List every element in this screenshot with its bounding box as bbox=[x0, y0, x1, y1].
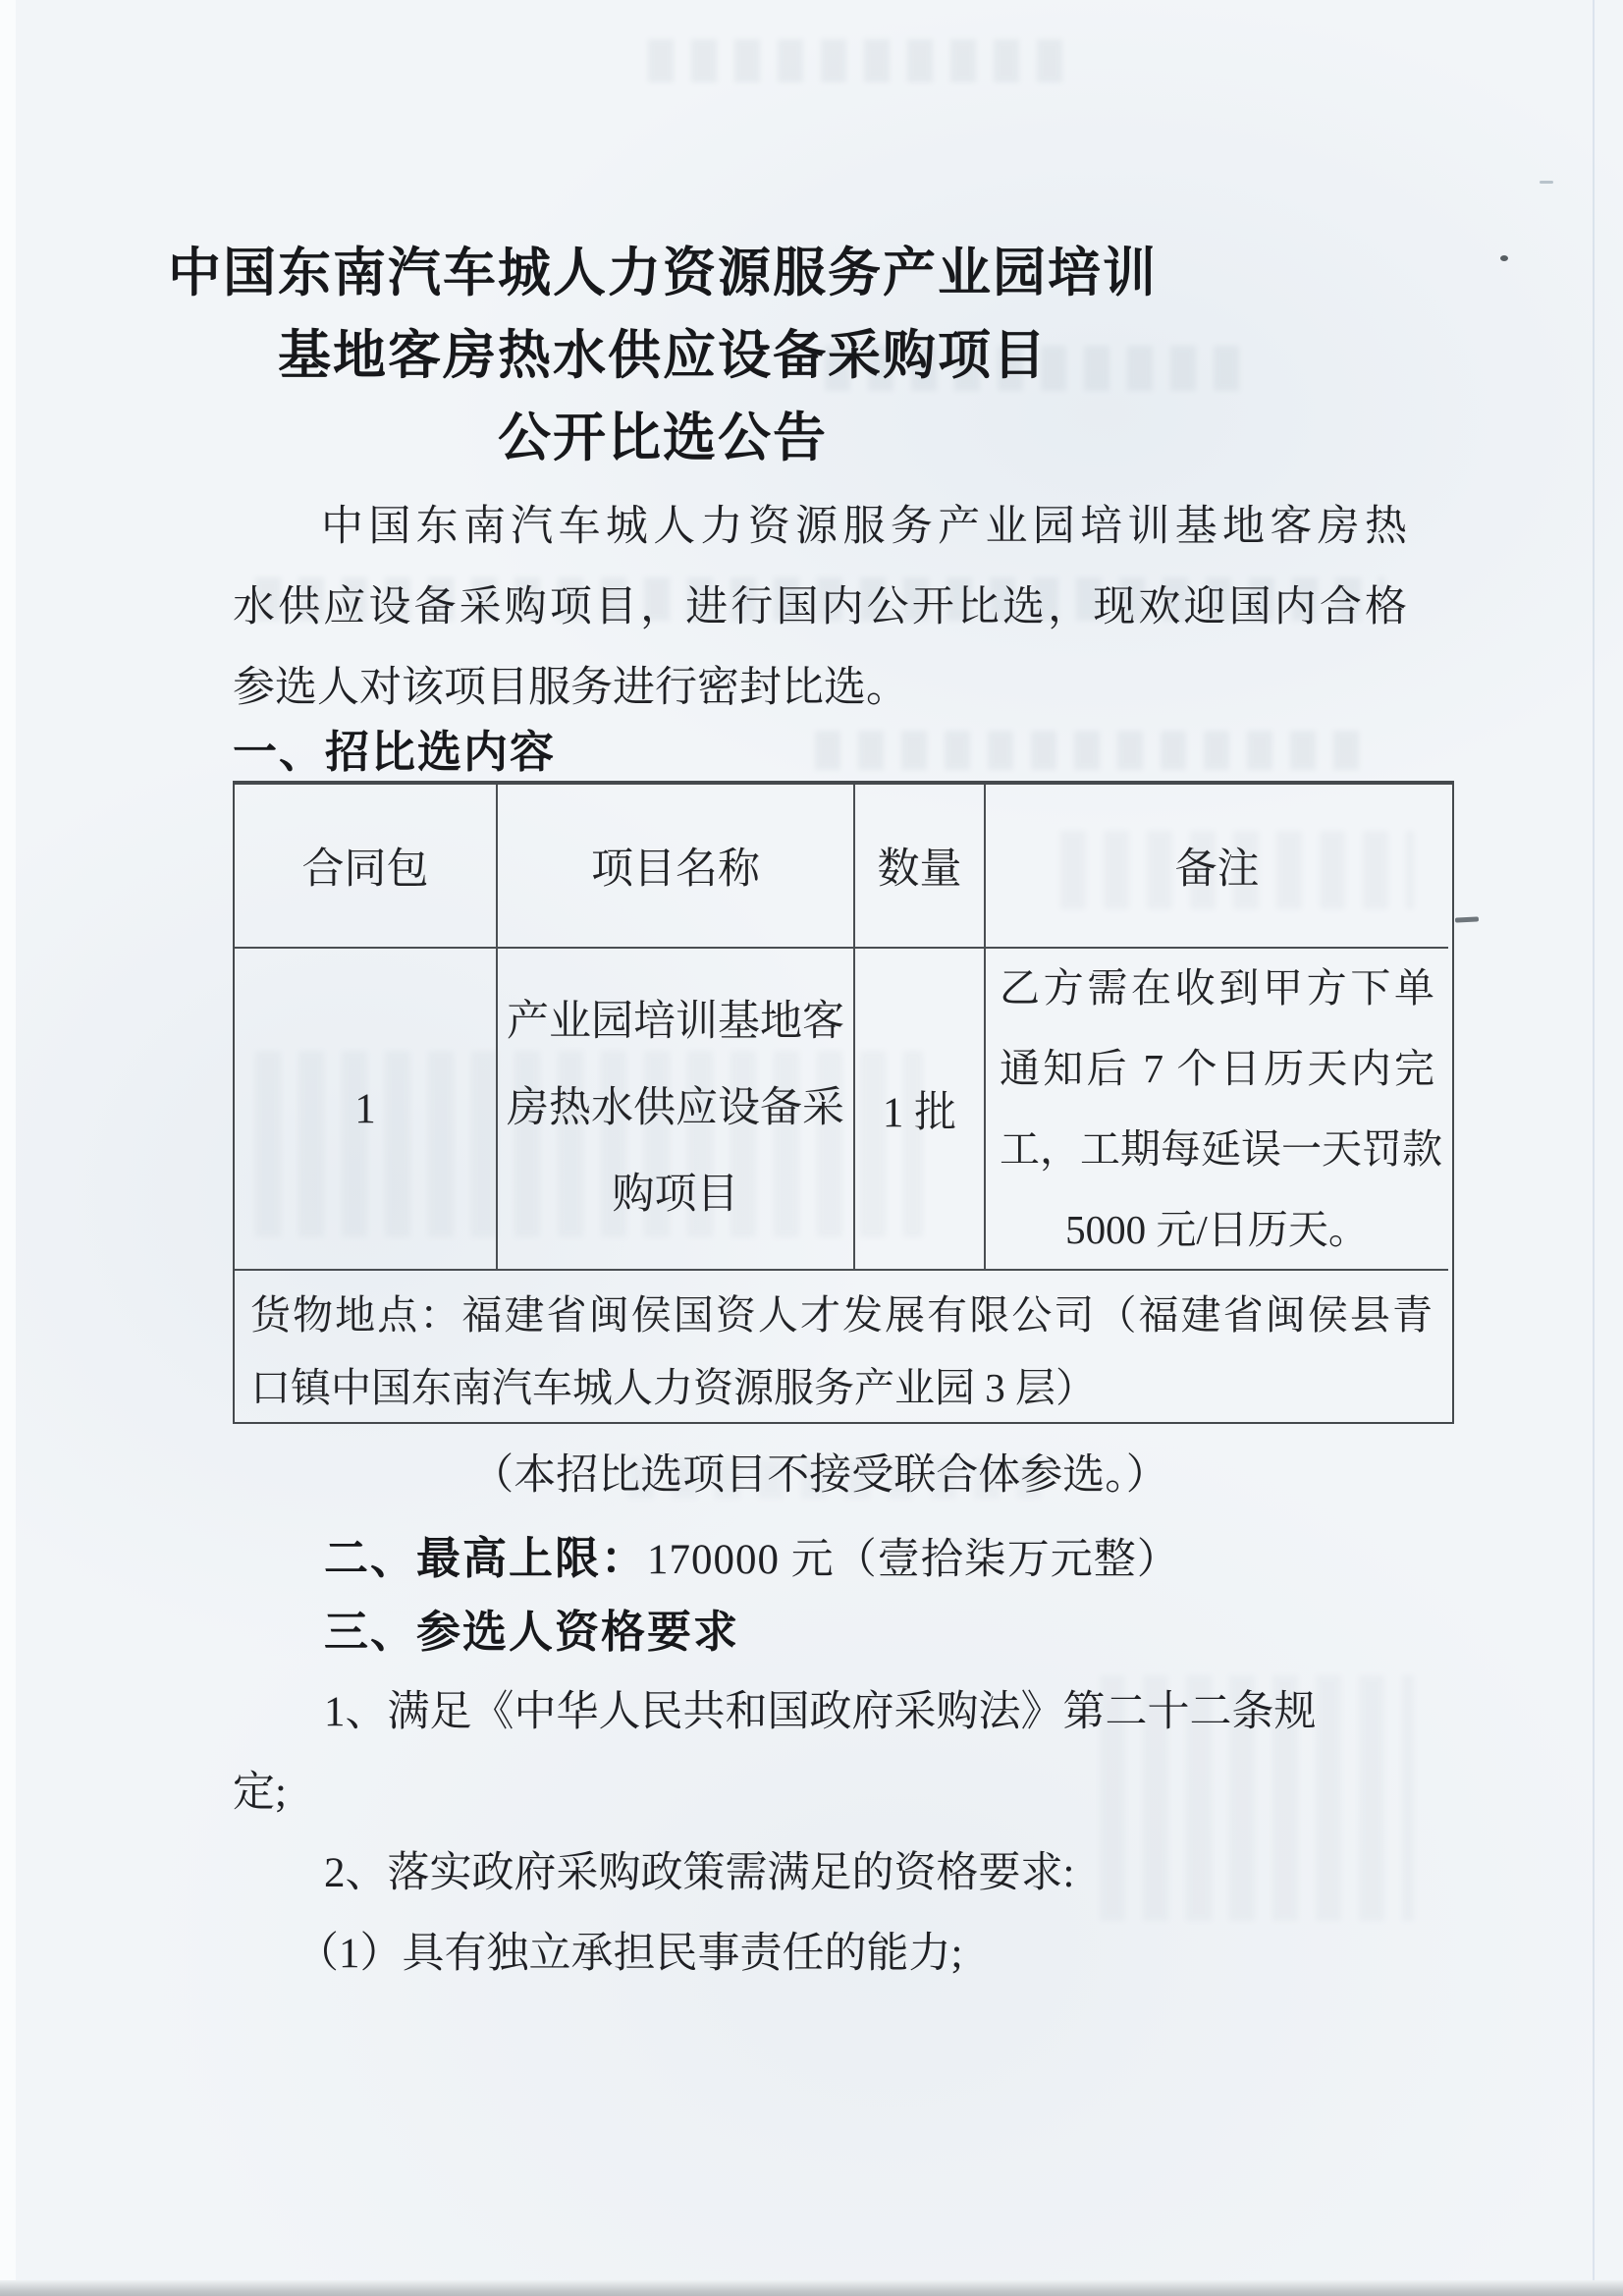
requirement-item-2: 2、落实政府采购政策需满足的资格要求: bbox=[324, 1848, 1074, 1899]
section-3-heading: 三、参选人资格要求 bbox=[324, 1607, 739, 1658]
requirement-item-1-line-1: 1、满足《中华人民共和国政府采购法》第二十二条规 bbox=[324, 1687, 1317, 1738]
section-2-heading: 二、最高上限：170000 元（壹拾柒万元整） bbox=[324, 1522, 1180, 1586]
table-header-remark: 备注 bbox=[986, 785, 1448, 949]
cell-delivery-location: 货物地点：福建省闽侯国资人才发展有限公司（福建省闽侯县青 口镇中国东南汽车城人力… bbox=[235, 1271, 1448, 1422]
section-2-label: 二、最高上限： bbox=[324, 1533, 647, 1583]
scan-edge-left bbox=[0, 0, 16, 2296]
delivery-location-line-1: 货物地点：福建省闽侯国资人才发展有限公司（福建省闽侯县青 bbox=[250, 1279, 1433, 1351]
document-title: 中国东南汽车城人力资源服务产业园培训 基地客房热水供应设备采购项目 公开比选公告 bbox=[147, 232, 1178, 479]
remark-line: 5000 元/日历天。 bbox=[1000, 1189, 1434, 1270]
project-name-line: 产业园培训基地客 bbox=[507, 979, 844, 1066]
scan-speck bbox=[1500, 255, 1508, 261]
table-header-project-name: 项目名称 bbox=[498, 785, 855, 949]
intro-line-2: 水供应设备采购项目，进行国内公开比选，现欢迎国内合格 bbox=[233, 568, 1407, 648]
consortium-note: （本招比选项目不接受联合体参选。） bbox=[233, 1442, 1407, 1502]
procurement-table: 合同包 项目名称 数量 备注 1 产业园培训基地客 房热水供应设备采 购项目 1… bbox=[233, 781, 1454, 1424]
delivery-location-line-2: 口镇中国东南汽车城人力资源服务产业园 3 层） bbox=[250, 1351, 1433, 1424]
cell-remark: 乙方需在收到甲方下单 通知后 7 个日历天内完 工，工期每延误一天罚款 5000… bbox=[986, 949, 1448, 1271]
intro-line-1: 中国东南汽车城人力资源服务产业园培训基地客房热 bbox=[233, 487, 1407, 568]
document-title-line-3: 公开比选公告 bbox=[147, 397, 1178, 479]
remark-line: 通知后 7 个日历天内完 bbox=[1000, 1028, 1434, 1109]
scan-artifact bbox=[648, 39, 1070, 82]
section-1-heading: 一、招比选内容 bbox=[233, 727, 556, 778]
remark-line: 乙方需在收到甲方下单 bbox=[1000, 948, 1434, 1028]
table-header-contract-package: 合同包 bbox=[235, 785, 498, 949]
remark-line: 工，工期每延误一天罚款 bbox=[1000, 1109, 1434, 1189]
scan-artifact bbox=[815, 731, 1365, 770]
document-title-line-2: 基地客房热水供应设备采购项目 bbox=[147, 314, 1178, 397]
section-2-value: 170000 元（壹拾柒万元整） bbox=[647, 1537, 1180, 1583]
scan-speck bbox=[1540, 181, 1553, 184]
scan-edge-bottom bbox=[0, 2280, 1623, 2296]
project-name-line: 房热水供应设备采 bbox=[507, 1066, 844, 1152]
scan-speck bbox=[1455, 916, 1479, 922]
cell-project-name: 产业园培训基地客 房热水供应设备采 购项目 bbox=[498, 949, 855, 1271]
cell-quantity: 1 批 bbox=[855, 949, 986, 1271]
project-name-line: 购项目 bbox=[613, 1152, 739, 1238]
intro-paragraph: 中国东南汽车城人力资源服务产业园培训基地客房热 水供应设备采购项目，进行国内公开… bbox=[233, 487, 1407, 729]
document-title-line-1: 中国东南汽车城人力资源服务产业园培训 bbox=[147, 232, 1178, 314]
intro-line-3: 参选人对该项目服务进行密封比选。 bbox=[233, 648, 1407, 729]
requirement-item-1-line-2: 定; bbox=[233, 1768, 287, 1819]
table-header-quantity: 数量 bbox=[855, 785, 986, 949]
cell-contract-package: 1 bbox=[235, 949, 498, 1271]
requirement-item-3: （1）具有独立承担民事责任的能力; bbox=[297, 1929, 962, 1980]
scanned-document-page: 中国东南汽车城人力资源服务产业园培训 基地客房热水供应设备采购项目 公开比选公告… bbox=[0, 0, 1623, 2296]
scan-edge-right bbox=[1593, 0, 1595, 2296]
